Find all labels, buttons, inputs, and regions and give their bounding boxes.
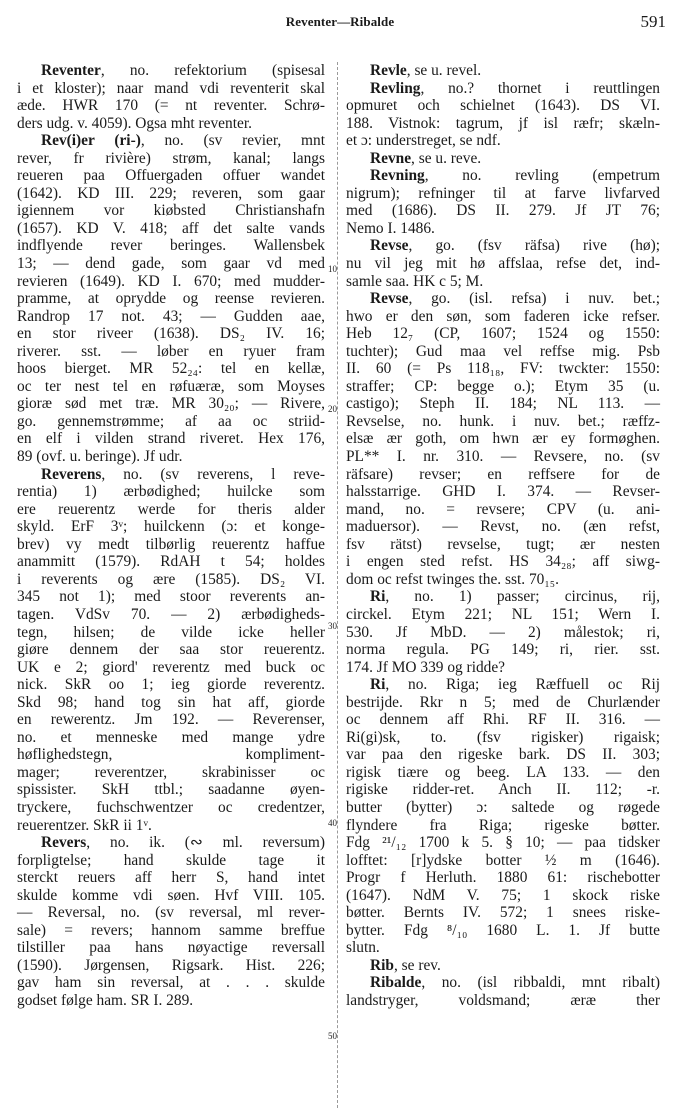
text-line: dom oc refst twinges the. sst. 70₁₅. <box>346 571 660 589</box>
text-line: anammitt (1579). RdAH t 54; holdes <box>17 553 325 571</box>
text-line: castigo); Steph II. 184; NL 113. — <box>346 395 660 413</box>
text-line: skyld. ErF 3ᵛ; huilckenn (ɔ: et konge- <box>17 518 325 536</box>
text-line: nick. SkR oo 1; ieg giorde reverentz. <box>17 676 325 694</box>
column-divider <box>337 62 338 1108</box>
text-line: æde. HWR 170 (= nt reventer. Schrø- <box>17 97 325 115</box>
text-line: räfsare) revser; en reffsere for de <box>346 466 660 484</box>
text-line: giøre dennem der saa stor reuerentz. <box>17 641 325 659</box>
entry-headline: Reverens, no. (sv reverens, l reve- <box>17 466 325 484</box>
text-line: nu vil jeg mit hø affslaa, refse det, in… <box>346 255 660 273</box>
text-line: rigiske ridder-ret. Anch II. 112; -r. <box>346 781 660 799</box>
text-line: reueren paa Offuergaden offuer wandet <box>17 167 325 185</box>
headword: Revse <box>370 290 408 307</box>
text-line: (1647). NdM V. 75; 1 skock riske <box>346 887 660 905</box>
headword: Revse <box>370 237 408 254</box>
text-line: tegn, hilsen; de vilde icke heller <box>17 624 325 642</box>
text-line: oc dennem aff Rhi. RF II. 316. — <box>346 711 660 729</box>
text-line: Fdg ²¹/₁₂ 1700 k 5. § 10; — paa tidsker <box>346 834 660 852</box>
text-line: høflighedstegn, kompliment- <box>17 746 325 764</box>
headword: Reventer <box>41 62 101 79</box>
right-column: Revle, se u. revel.Revling, no.? thornet… <box>346 62 660 1010</box>
margin-line-number: 30 <box>328 621 337 631</box>
headword: Ri <box>370 676 385 693</box>
text-line: elsæ ær goth, om hwn ær ey formøghen. <box>346 430 660 448</box>
text-line: opmuret och schielnet (1643). DS VI. <box>346 97 660 115</box>
text-line: bøtter. Bernts IV. 572; 1 snees riske- <box>346 904 660 922</box>
text-line: godset følge ham. SR I. 289. <box>17 992 325 1010</box>
text-line: halsstarrige. GHD I. 374. — Revser- <box>346 483 660 501</box>
text-line: 345 not 1); med stoor reverents an- <box>17 588 325 606</box>
text-line: i et kloster); naar mand vdi reventerit … <box>17 80 325 98</box>
text-line: igiennem vor kiøbsted Christianshafn <box>17 202 325 220</box>
text-line: skulde komme vdi søen. Hvf VIII. 105. <box>17 887 325 905</box>
text-line: 188. Vistnok: tagrum, jf isl ræfr; skæln… <box>346 115 660 133</box>
text-line: fsv rätst) revselse, tugt; ær nesten <box>346 536 660 554</box>
text-line: lofftet: [r]ydske botter ½ m (1646). <box>346 852 660 870</box>
text-line: tagen. VdSv 70. — 2) ærbødigheds- <box>17 606 325 624</box>
text-line: sterckt reuers aff herr S, hand intet <box>17 869 325 887</box>
entry-headline: Rib, se rev. <box>346 957 660 975</box>
text-line: mand, no. = revsere; CPV (u. ani- <box>346 501 660 519</box>
text-line: nigrum); refninger til at farve livfarve… <box>346 185 660 203</box>
entry-headline: Ribalde, no. (isl ribbaldi, mnt ribalt) <box>346 974 660 992</box>
headword: Ri <box>370 588 385 605</box>
text-line: flyndere fra Riga; rigeske bøtter. <box>346 817 660 835</box>
text-line: hwo er den søn, som faderen icke refser. <box>346 308 660 326</box>
text-line: et ɔ: understreget, se ndf. <box>346 132 660 150</box>
text-line: spissister. SkH ttbl.; saadanne øyen- <box>17 781 325 799</box>
text-line: slutn. <box>346 939 660 957</box>
entry-headline: Ri, no. 1) passer; circinus, rij, <box>346 588 660 606</box>
text-line: no. et menneske med mange ydre <box>17 729 325 747</box>
headword: Revle <box>370 62 407 79</box>
entry-headline: Reventer, no. refektorium (spisesal <box>17 62 325 80</box>
margin-line-number: 50 <box>328 1031 337 1041</box>
text-line: ere reuerentz werde for theris alder <box>17 501 325 519</box>
text-line: (1642). KD III. 229; reveren, som gaar <box>17 185 325 203</box>
text-line: II. 60 (= Ps 118₁₈, FV: twckter: 1550: <box>346 360 660 378</box>
text-line: pramme, at oprydde og reense revieren. <box>17 290 325 308</box>
headword: Revers <box>41 834 86 851</box>
text-line: 530. Jf MbD. — 2) målestok; ri, <box>346 624 660 642</box>
text-line: rever, fr rivière) strøm, kanal; langs <box>17 150 325 168</box>
text-line: (1590). Jørgensen, Rigsark. Hist. 226; <box>17 957 325 975</box>
text-line: Ri(gi)sk, to. (fsv rigisker) rigaisk; <box>346 729 660 747</box>
text-line: bestrijde. Rkr n 5; med de Churlænder <box>346 694 660 712</box>
headword: Revling <box>370 80 420 97</box>
text-line: forpligtelse; hand skulde tage it <box>17 852 325 870</box>
text-line: samle saa. HK c 5; M. <box>346 273 660 291</box>
entry-headline: Revse, go. (isl. refsa) i nuv. bet.; <box>346 290 660 308</box>
text-line: tuchter); Gud maa vel reffse mig. Psb <box>346 343 660 361</box>
text-line: Progr f Herluth. 1880 61: rischebotter <box>346 869 660 887</box>
margin-line-number: 20 <box>328 404 337 414</box>
headword: Ribalde <box>370 974 421 991</box>
text-line: 89 (ovf. u. beringe). Jf udr. <box>17 448 325 466</box>
text-line: rigisk tiære og beeg. LA 133. — den <box>346 764 660 782</box>
text-line: Nemo I. 1486. <box>346 220 660 238</box>
text-line: hoos bierget. MR 52₂₄: tel en kellæ, <box>17 360 325 378</box>
entry-headline: Revse, go. (fsv räfsa) rive (hø); <box>346 237 660 255</box>
text-line: Randrop 17 not. 43; — Gudden aae, <box>17 308 325 326</box>
headword: Revne <box>370 150 411 167</box>
entry-headline: Revle, se u. revel. <box>346 62 660 80</box>
text-line: en elf i vilden strand riveret. Hex 176, <box>17 430 325 448</box>
text-line: 174. Jf MO 339 og ridde? <box>346 659 660 677</box>
text-line: maduersor). — Revst, no. (æn refst, <box>346 518 660 536</box>
text-line: sale) = revers; hannom samme breffue <box>17 922 325 940</box>
entry-headline: Ri, no. Riga; ieg Ræffuell oc Rij <box>346 676 660 694</box>
text-line: en stor riveer (1638). DS₂ IV. 16; <box>17 325 325 343</box>
text-line: rentia) 1) ærbødighed; huilcke som <box>17 483 325 501</box>
text-line: Heb 12₇ (CP, 1607; 1524 og 1550: <box>346 325 660 343</box>
page-number: 591 <box>641 12 667 32</box>
text-line: circkel. Etym 221; NL 151; Wern I. <box>346 606 660 624</box>
text-line: var paa den rigeske bark. DS II. 303; <box>346 746 660 764</box>
text-line: indflyende rever beringes. Wallensbek <box>17 237 325 255</box>
text-line: gioræ sød met træ. MR 30₂₀; — Rivere, <box>17 395 325 413</box>
text-line: gav ham sin reversal, at . . . skulde <box>17 974 325 992</box>
text-line: bytter. Fdg ⁸/₁₀ 1680 L. 1. Jf butte <box>346 922 660 940</box>
text-line: revieren (1649). KD I. 670; med mudder- <box>17 273 325 291</box>
text-line: (1657). KD V. 418; aff det salte vands <box>17 220 325 238</box>
left-column: Reventer, no. refektorium (spisesali et … <box>17 62 325 1010</box>
text-line: — Reversal, no. (sv reversal, ml rever- <box>17 904 325 922</box>
text-line: UK e 2; giord' reverentz med buck oc <box>17 659 325 677</box>
text-line: i engen sted refst. HS 34₂₈; aff siwg- <box>346 553 660 571</box>
text-line: riverer. sst. — løber en ryuer fram <box>17 343 325 361</box>
text-line: landstryger, voldsmand; æræ ther <box>346 992 660 1010</box>
text-line: straffer; CP: begge o.); Etym 35 (u. <box>346 378 660 396</box>
text-line: Skd 98; hand tog sin hat aff, giorde <box>17 694 325 712</box>
text-line: oc ter nest tel en røfuæræ, som Moyses <box>17 378 325 396</box>
margin-line-number: 10 <box>328 264 337 274</box>
text-line: med (1686). DS II. 279. Jf JT 76; <box>346 202 660 220</box>
running-head: Reventer—Ribalde <box>0 14 680 30</box>
text-line: Revselse, no. hunk. i nuv. bet.; ræffz- <box>346 413 660 431</box>
text-line: i reverents og ære (1585). DS₂ VI. <box>17 571 325 589</box>
margin-line-number: 40 <box>328 818 337 828</box>
entry-headline: Revning, no. revling (empetrum <box>346 167 660 185</box>
text-line: reuerentzer. SkR ii 1ᵛ. <box>17 817 325 835</box>
text-line: brev) vy medt tilbørlig reuerentz haffue <box>17 536 325 554</box>
text-line: go. gennemstrømme; af aa oc striid- <box>17 413 325 431</box>
text-line: en rewerentz. Jm 192. — Reverenser, <box>17 711 325 729</box>
entry-headline: Revling, no.? thornet i reuttlingen <box>346 80 660 98</box>
text-line: tryckere, fuchschwentzer oc credentzer, <box>17 799 325 817</box>
headword: Rib <box>370 957 394 974</box>
headword: Rev(i)er (ri-) <box>41 132 141 149</box>
headword: Revning <box>370 167 425 184</box>
text-line: norma regula. PG 149; ri, rier. sst. <box>346 641 660 659</box>
entry-headline: Revers, no. ik. (∾ ml. reversum) <box>17 834 325 852</box>
text-line: 13; — dend gade, som gaar vd med <box>17 255 325 273</box>
text-line: ders udg. v. 4059). Ogsa mht reventer. <box>17 115 325 133</box>
text-line: butter (bytter) ɔ: saltede og røgede <box>346 799 660 817</box>
text-line: PL** I. nr. 310. — Revsere, no. (sv <box>346 448 660 466</box>
entry-headline: Revne, se u. reve. <box>346 150 660 168</box>
headword: Reverens <box>41 466 101 483</box>
text-line: tilstiller paa hans nøyactige reversall <box>17 939 325 957</box>
page-header: Reventer—Ribalde 591 <box>0 12 680 32</box>
text-line: mager; reverentzer, skrabinisser oc <box>17 764 325 782</box>
entry-headline: Rev(i)er (ri-), no. (sv revier, mnt <box>17 132 325 150</box>
